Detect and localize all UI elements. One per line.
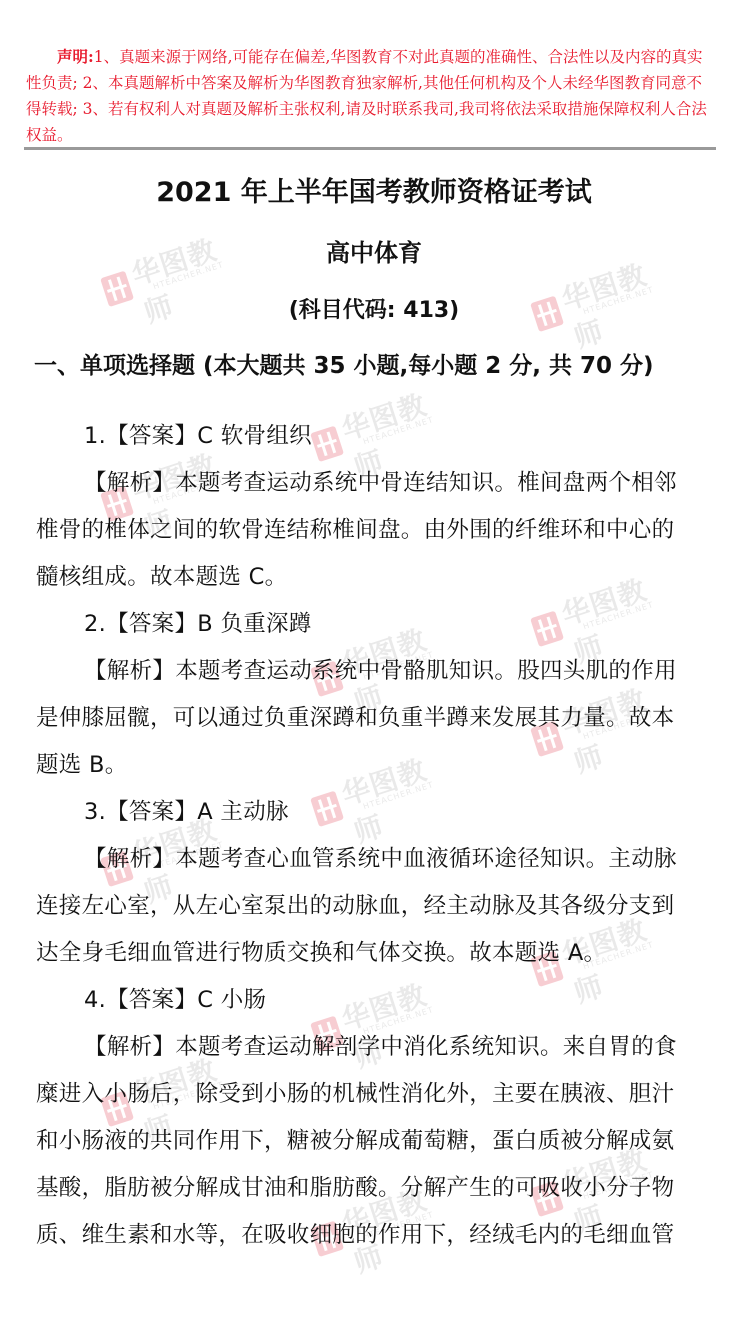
analysis-line: 是伸膝屈髋，可以通过负重深蹲和负重半蹲来发展其力量。故本 xyxy=(36,700,716,732)
subject-code: (科目代码: 413) xyxy=(0,293,748,324)
analysis-line: 髓核组成。故本题选 C。 xyxy=(36,559,716,591)
analysis-line: 和小肠液的共同作用下，糖被分解成葡萄糖，蛋白质被分解成氨 xyxy=(36,1123,716,1155)
section-heading: 一、单项选择题 (本大题共 35 小题,每小题 2 分, 共 70 分) xyxy=(34,347,654,380)
analysis-line: 质、维生素和水等，在吸收细胞的作用下，经绒毛内的毛细血管 xyxy=(36,1217,716,1249)
analysis-line: 【解析】本题考查运动系统中骨骼肌知识。股四头肌的作用 xyxy=(84,653,748,685)
answer-line-1: 1.【答案】C 软骨组织 xyxy=(84,418,748,450)
answer-line-3: 3.【答案】A 主动脉 xyxy=(84,794,748,826)
answer-line-2: 2.【答案】B 负重深蹲 xyxy=(84,606,748,638)
divider xyxy=(24,147,716,150)
subject-title: 高中体育 xyxy=(0,233,748,268)
disclaimer: 声明:1、真题来源于网络,可能存在偏差,华图教育不对此真题的准确性、合法性以及内… xyxy=(26,44,716,148)
analysis-line: 【解析】本题考查运动解剖学中消化系统知识。来自胃的食 xyxy=(84,1029,748,1061)
analysis-line: 椎骨的椎体之间的软骨连结称椎间盘。由外围的纤维环和中心的 xyxy=(36,512,716,544)
analysis-line: 【解析】本题考查运动系统中骨连结知识。椎间盘两个相邻 xyxy=(84,465,748,497)
analysis-line: 基酸，脂肪被分解成甘油和脂肪酸。分解产生的可吸收小分子物 xyxy=(36,1170,716,1202)
analysis-line: 题选 B。 xyxy=(36,747,716,779)
disclaimer-lead: 声明: xyxy=(57,47,94,66)
analysis-line: 达全身毛细血管进行物质交换和气体交换。故本题选 A。 xyxy=(36,935,716,967)
analysis-line: 【解析】本题考查心血管系统中血液循环途径知识。主动脉 xyxy=(84,841,748,873)
analysis-line: 连接左心室，从左心室泵出的动脉血，经主动脉及其各级分支到 xyxy=(36,888,716,920)
exam-title: 2021 年上半年国考教师资格证考试 xyxy=(0,170,748,209)
disclaimer-text: 1、真题来源于网络,可能存在偏差,华图教育不对此真题的准确性、合法性以及内容的真… xyxy=(26,48,707,144)
answer-line-4: 4.【答案】C 小肠 xyxy=(84,982,748,1014)
analysis-line: 糜进入小肠后，除受到小肠的机械性消化外，主要在胰液、胆汁 xyxy=(36,1076,716,1108)
